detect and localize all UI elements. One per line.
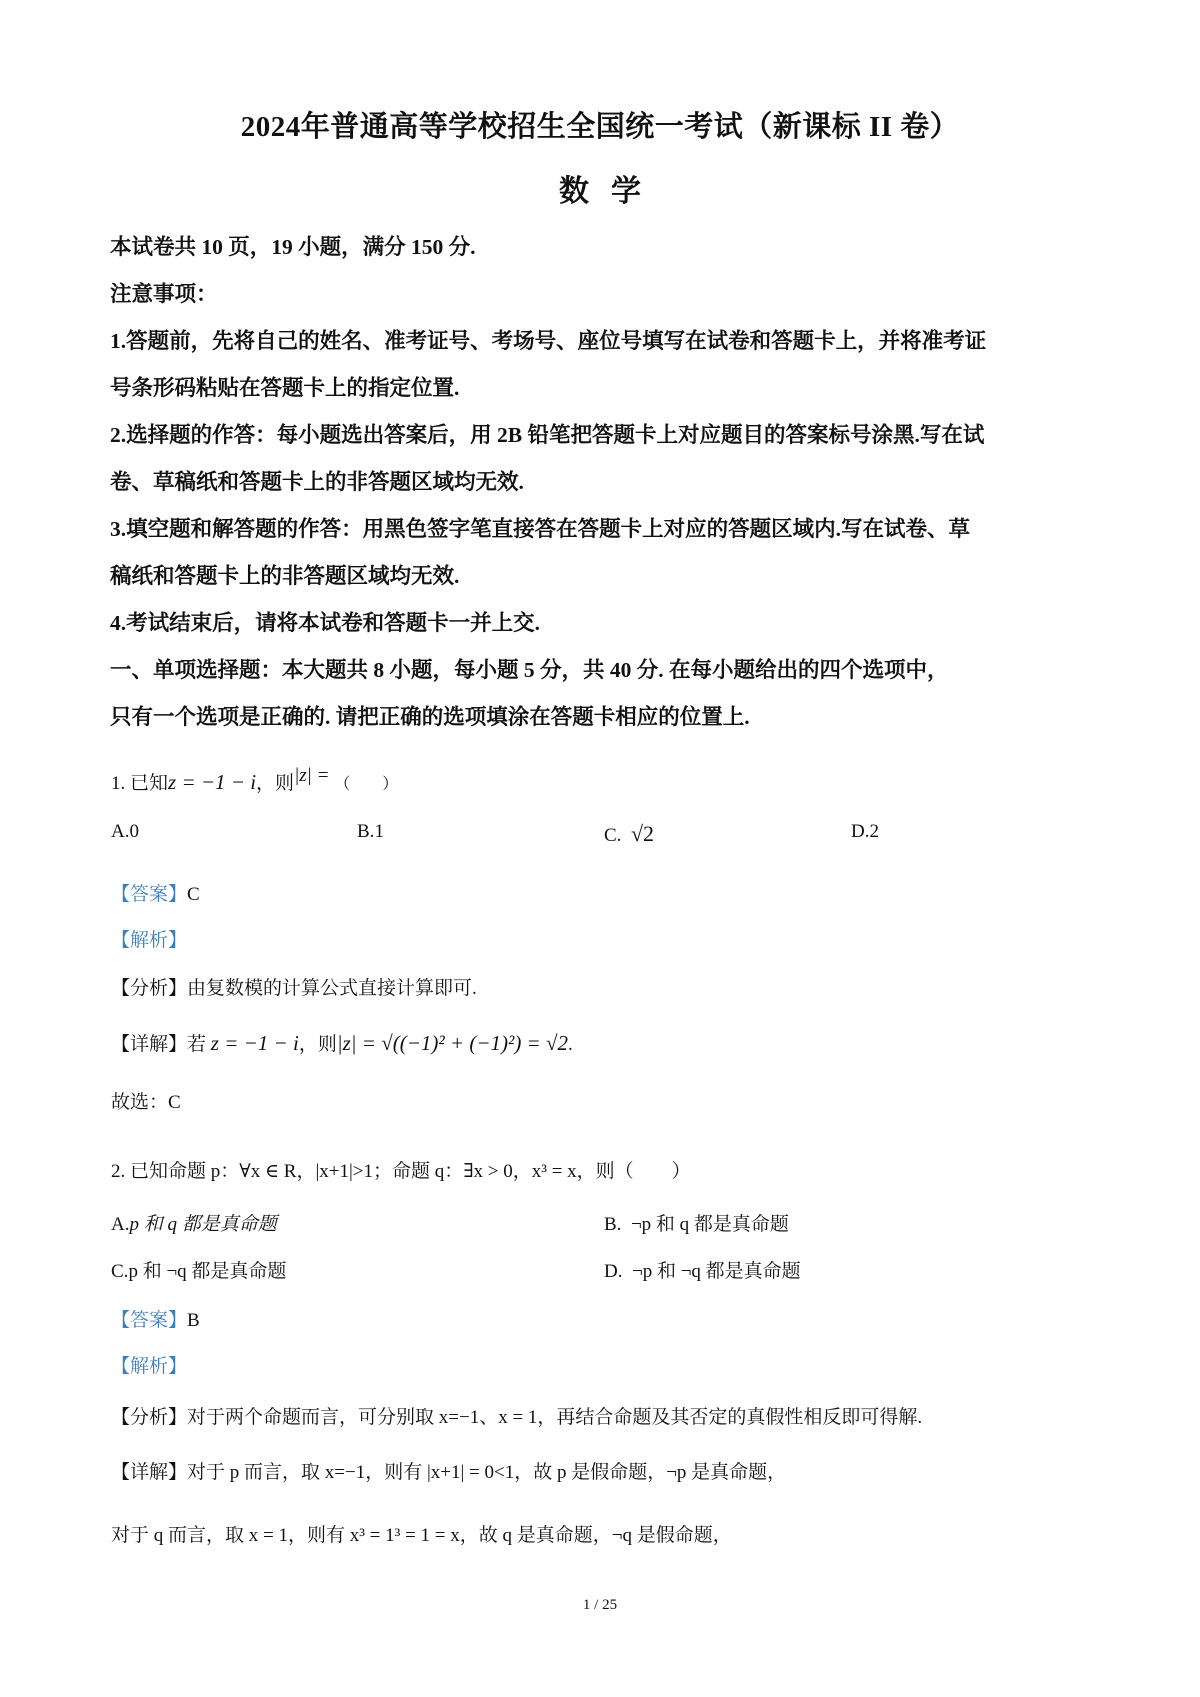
- section-heading-line1: 一、单项选择题：本大题共 8 小题，每小题 5 分，共 40 分. 在每小题给出…: [110, 653, 949, 684]
- question-2-stem: 2. 已知命题 p：∀x ∈ R，|x+1|>1；命题 q：∃x > 0，x³ …: [111, 1156, 691, 1183]
- stem-formula-modulus: |z| =: [294, 765, 329, 786]
- fenxi-line: 【分析】对于两个命题而言，可分别取 x=−1、x = 1，再结合命题及其否定的真…: [111, 1402, 922, 1429]
- note-1-line1: 1.答题前，先将自己的姓名、准考证号、考场号、座位号填写在试卷和答题卡上，并将准…: [110, 324, 986, 355]
- option-c: C. √2: [604, 821, 654, 847]
- answer-value: C: [187, 884, 200, 905]
- section-heading-line2: 只有一个选项是正确的. 请把正确的选项填涂在答题卡相应的位置上.: [110, 700, 750, 731]
- option-c: C.p 和 ¬q 都是真命题: [111, 1256, 286, 1283]
- exam-summary: 本试卷共 10 页，19 小题，满分 150 分.: [110, 230, 476, 261]
- option-d: D. ¬p 和 ¬q 都是真命题: [604, 1256, 801, 1283]
- question-1-stem: 1. 已知z = −1 − i，则|z| = （ ）: [111, 768, 398, 795]
- option-d: D.2: [851, 821, 879, 843]
- answer-tag: 【答案】: [111, 884, 187, 905]
- stem-text: 已知: [130, 773, 168, 794]
- page-indicator: 1 / 25: [0, 1597, 1200, 1614]
- option-a: A.p 和 q 都是真命题: [111, 1209, 277, 1236]
- answer-blank: （ ）: [334, 776, 398, 793]
- subject-title: 数学: [0, 166, 1200, 210]
- note-4: 4.考试结束后，请将本试卷和答题卡一并上交.: [110, 606, 540, 637]
- option-b: B.1: [357, 821, 384, 843]
- answer-line: 【答案】C: [111, 879, 200, 906]
- exam-title: 2024年普通高等学校招生全国统一考试（新课标 II 卷）: [0, 104, 1200, 145]
- answer-tag: 【答案】: [111, 1310, 187, 1331]
- note-2-line2: 卷、草稿纸和答题卡上的非答题区域均无效.: [110, 465, 524, 496]
- xiangjie-line: 【详解】对于 p 而言，取 x=−1，则有 |x+1| = 0<1，故 p 是假…: [111, 1457, 786, 1484]
- answer-value: B: [187, 1310, 200, 1331]
- stem-text: ，则: [256, 773, 294, 794]
- conclusion: 故选：C: [111, 1087, 181, 1114]
- xiangjie-tag: 【详解】: [111, 1034, 187, 1055]
- question-number: 1.: [111, 773, 125, 794]
- note-3-line2: 稿纸和答题卡上的非答题区域均无效.: [110, 559, 459, 590]
- note-3-line1: 3.填空题和解答题的作答：用黑色签字笔直接答在答题卡上对应的答题区域内.写在试卷…: [110, 512, 970, 543]
- note-2-line1: 2.选择题的作答：每小题选出答案后，用 2B 铅笔把答题卡上对应题目的答案标号涂…: [110, 418, 984, 449]
- fenxi-tag: 【分析】: [111, 978, 187, 999]
- fenxi-line: 【分析】由复数模的计算公式直接计算即可.: [111, 973, 477, 1000]
- option-a: A.0: [111, 821, 139, 843]
- xiangjie-line-2: 对于 q 而言，取 x = 1，则有 x³ = 1³ = 1 = x，故 q 是…: [111, 1520, 732, 1547]
- fenxi-text: 由复数模的计算公式直接计算即可.: [187, 978, 477, 999]
- note-1-line2: 号条形码粘贴在答题卡上的指定位置.: [110, 371, 459, 402]
- answer-line: 【答案】B: [111, 1305, 200, 1332]
- stem-formula: z = −1 − i: [168, 770, 256, 794]
- xiangjie-line: 【详解】若 z = −1 − i，则|z| = √((−1)² + (−1)²)…: [111, 1029, 573, 1056]
- analysis-tag: 【解析】: [111, 925, 187, 952]
- analysis-tag: 【解析】: [111, 1351, 187, 1378]
- option-b: B. ¬p 和 q 都是真命题: [604, 1209, 789, 1236]
- notice-heading: 注意事项：: [110, 277, 218, 308]
